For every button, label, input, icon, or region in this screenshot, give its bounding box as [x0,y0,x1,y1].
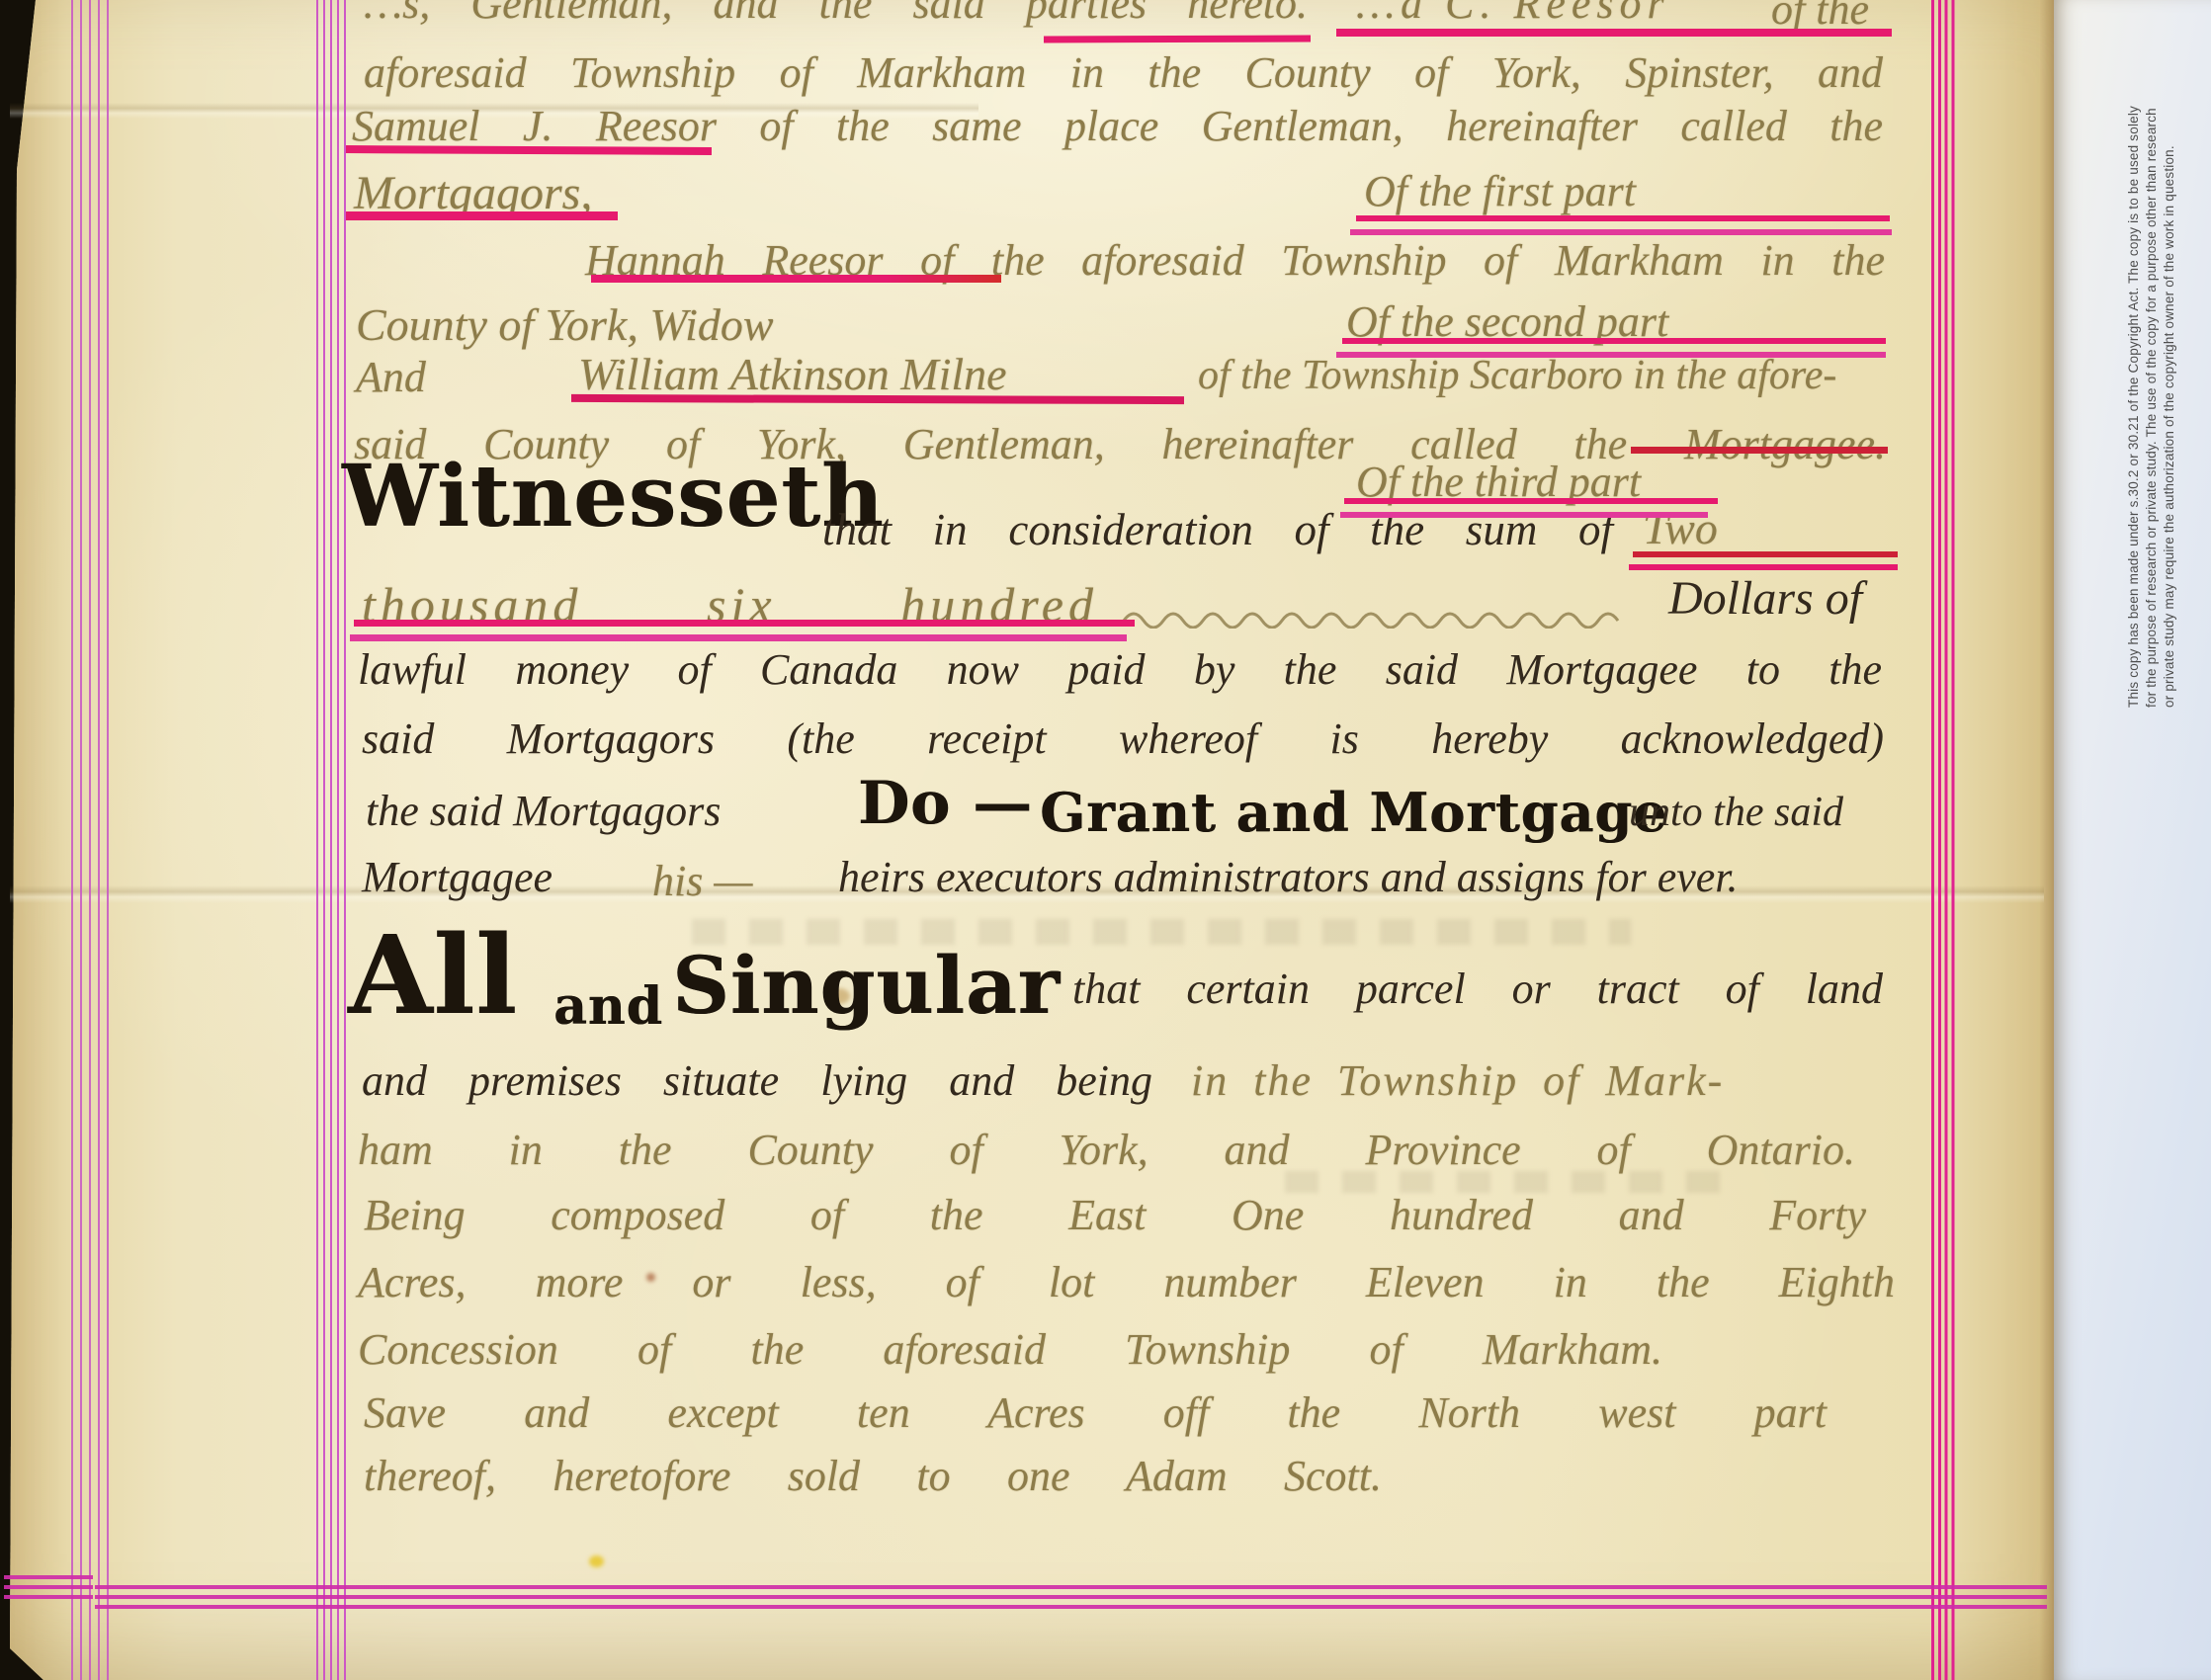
underline-reesor-name [1336,29,1892,37]
right-margin-ruled-lines [1931,0,1957,1680]
copyright-line-3: or private study may require the authori… [2161,24,2178,708]
underline-second-part-2 [1336,352,1886,358]
deed-line-21: Concession of the aforesaid Township of … [358,1324,1662,1375]
underline-mortgagee [1631,447,1888,454]
underline-thousand-six-hundred-2 [350,634,1127,641]
deed-line-19: Being composed of the East One hundred a… [364,1190,1866,1240]
deed-line-7-william-atkinson-milne: William Atkinson Milne [578,348,1007,400]
deed-line-2: aforesaid Township of Markham in the Cou… [364,47,1883,98]
underline-mortgagors [346,211,618,220]
deed-line-15-post: heirs executors administrators and assig… [838,852,1739,902]
witnesseth-blackletter: Witnesseth [342,447,885,546]
deed-line-10-amount-two: Two [1643,502,1718,554]
deed-line-20: Acres, more or less, of lot number Eleve… [358,1257,1895,1307]
underline-first-part-2 [1350,229,1892,235]
deed-line-17-black: and premises situate lying and being [362,1055,1152,1106]
deed-line-4-of-the-first-part: Of the first part [1364,166,1636,216]
deed-line-23: thereof, heretofore sold to one Adam Sco… [364,1451,1382,1501]
deed-line-18: ham in the County of York, and Province … [358,1125,1855,1175]
bottom-ruled-lines-fold-segment [4,1575,93,1601]
deed-line-3: Samuel J. Reesor of the same place Gentl… [352,101,1883,151]
deed-line-15-mortgagee: Mortgagee [362,852,553,902]
deed-line-1-fragment: …s, Gentleman, and the said parties here… [364,0,1308,29]
deed-line-7-and: And [356,352,426,402]
scanned-deed-page: …s, Gentleman, and the said parties here… [0,0,2211,1680]
bottom-ruled-lines [95,1585,2047,1611]
deed-line-11-dollars-of: Dollars of [1668,571,1862,626]
deed-line-6-county-of-york-widow: County of York, Widow [356,298,774,351]
underline-two-1 [1633,551,1898,557]
deed-line-14-post: unto the said [1629,789,1843,836]
copyright-line-2: for the purpose of research or private s… [2143,24,2161,708]
deed-line-14-pre: the said Mortgagors [366,786,721,836]
deed-line-1-name: …a C. Reesor [1356,0,1670,29]
deed-line-22: Save and except ten Acres off the North … [364,1387,1827,1438]
left-margin-ruled-lines [71,0,113,1680]
deed-line-12: lawful money of Canada now paid by the s… [358,644,1882,695]
underline-third-part-1 [1344,498,1718,504]
yellow-stain [589,1555,604,1567]
do-blackletter: Do — [858,769,1033,838]
underline-third-part-2 [1340,512,1708,518]
underline-second-part-1 [1342,338,1886,344]
grant-and-mortgage-blackletter: Grant and Mortgage [1040,781,1667,844]
deed-line-15-his: his — [652,856,752,906]
underline-first-part-1 [1356,215,1890,221]
underline-parties-hereto [1044,36,1311,43]
and-blackletter: and [553,976,663,1037]
all-blackletter: All [348,911,518,1039]
deed-line-13: said Mortgagors (the receipt whereof is … [362,714,1884,764]
copyright-line-1: This copy has been made under s.30.2 or … [2125,24,2143,708]
underline-thousand-six-hundred-1 [354,620,1135,627]
underline-hannah-reesor [591,275,1001,283]
deed-line-16-script: that certain parcel or tract of land [1072,964,1883,1014]
ink-filler-squiggle [1122,605,1621,629]
copyright-notice: This copy has been made under s.30.2 or … [2125,24,2178,708]
underline-two-2 [1629,564,1898,570]
inner-margin-ruled-lines [316,0,349,1680]
singular-blackletter: Singular [672,939,1061,1032]
deed-line-7-rest: of the Township Scarboro in the afore- [1198,352,1836,399]
deed-line-17-brown: in the Township of Mark- [1191,1055,1724,1106]
